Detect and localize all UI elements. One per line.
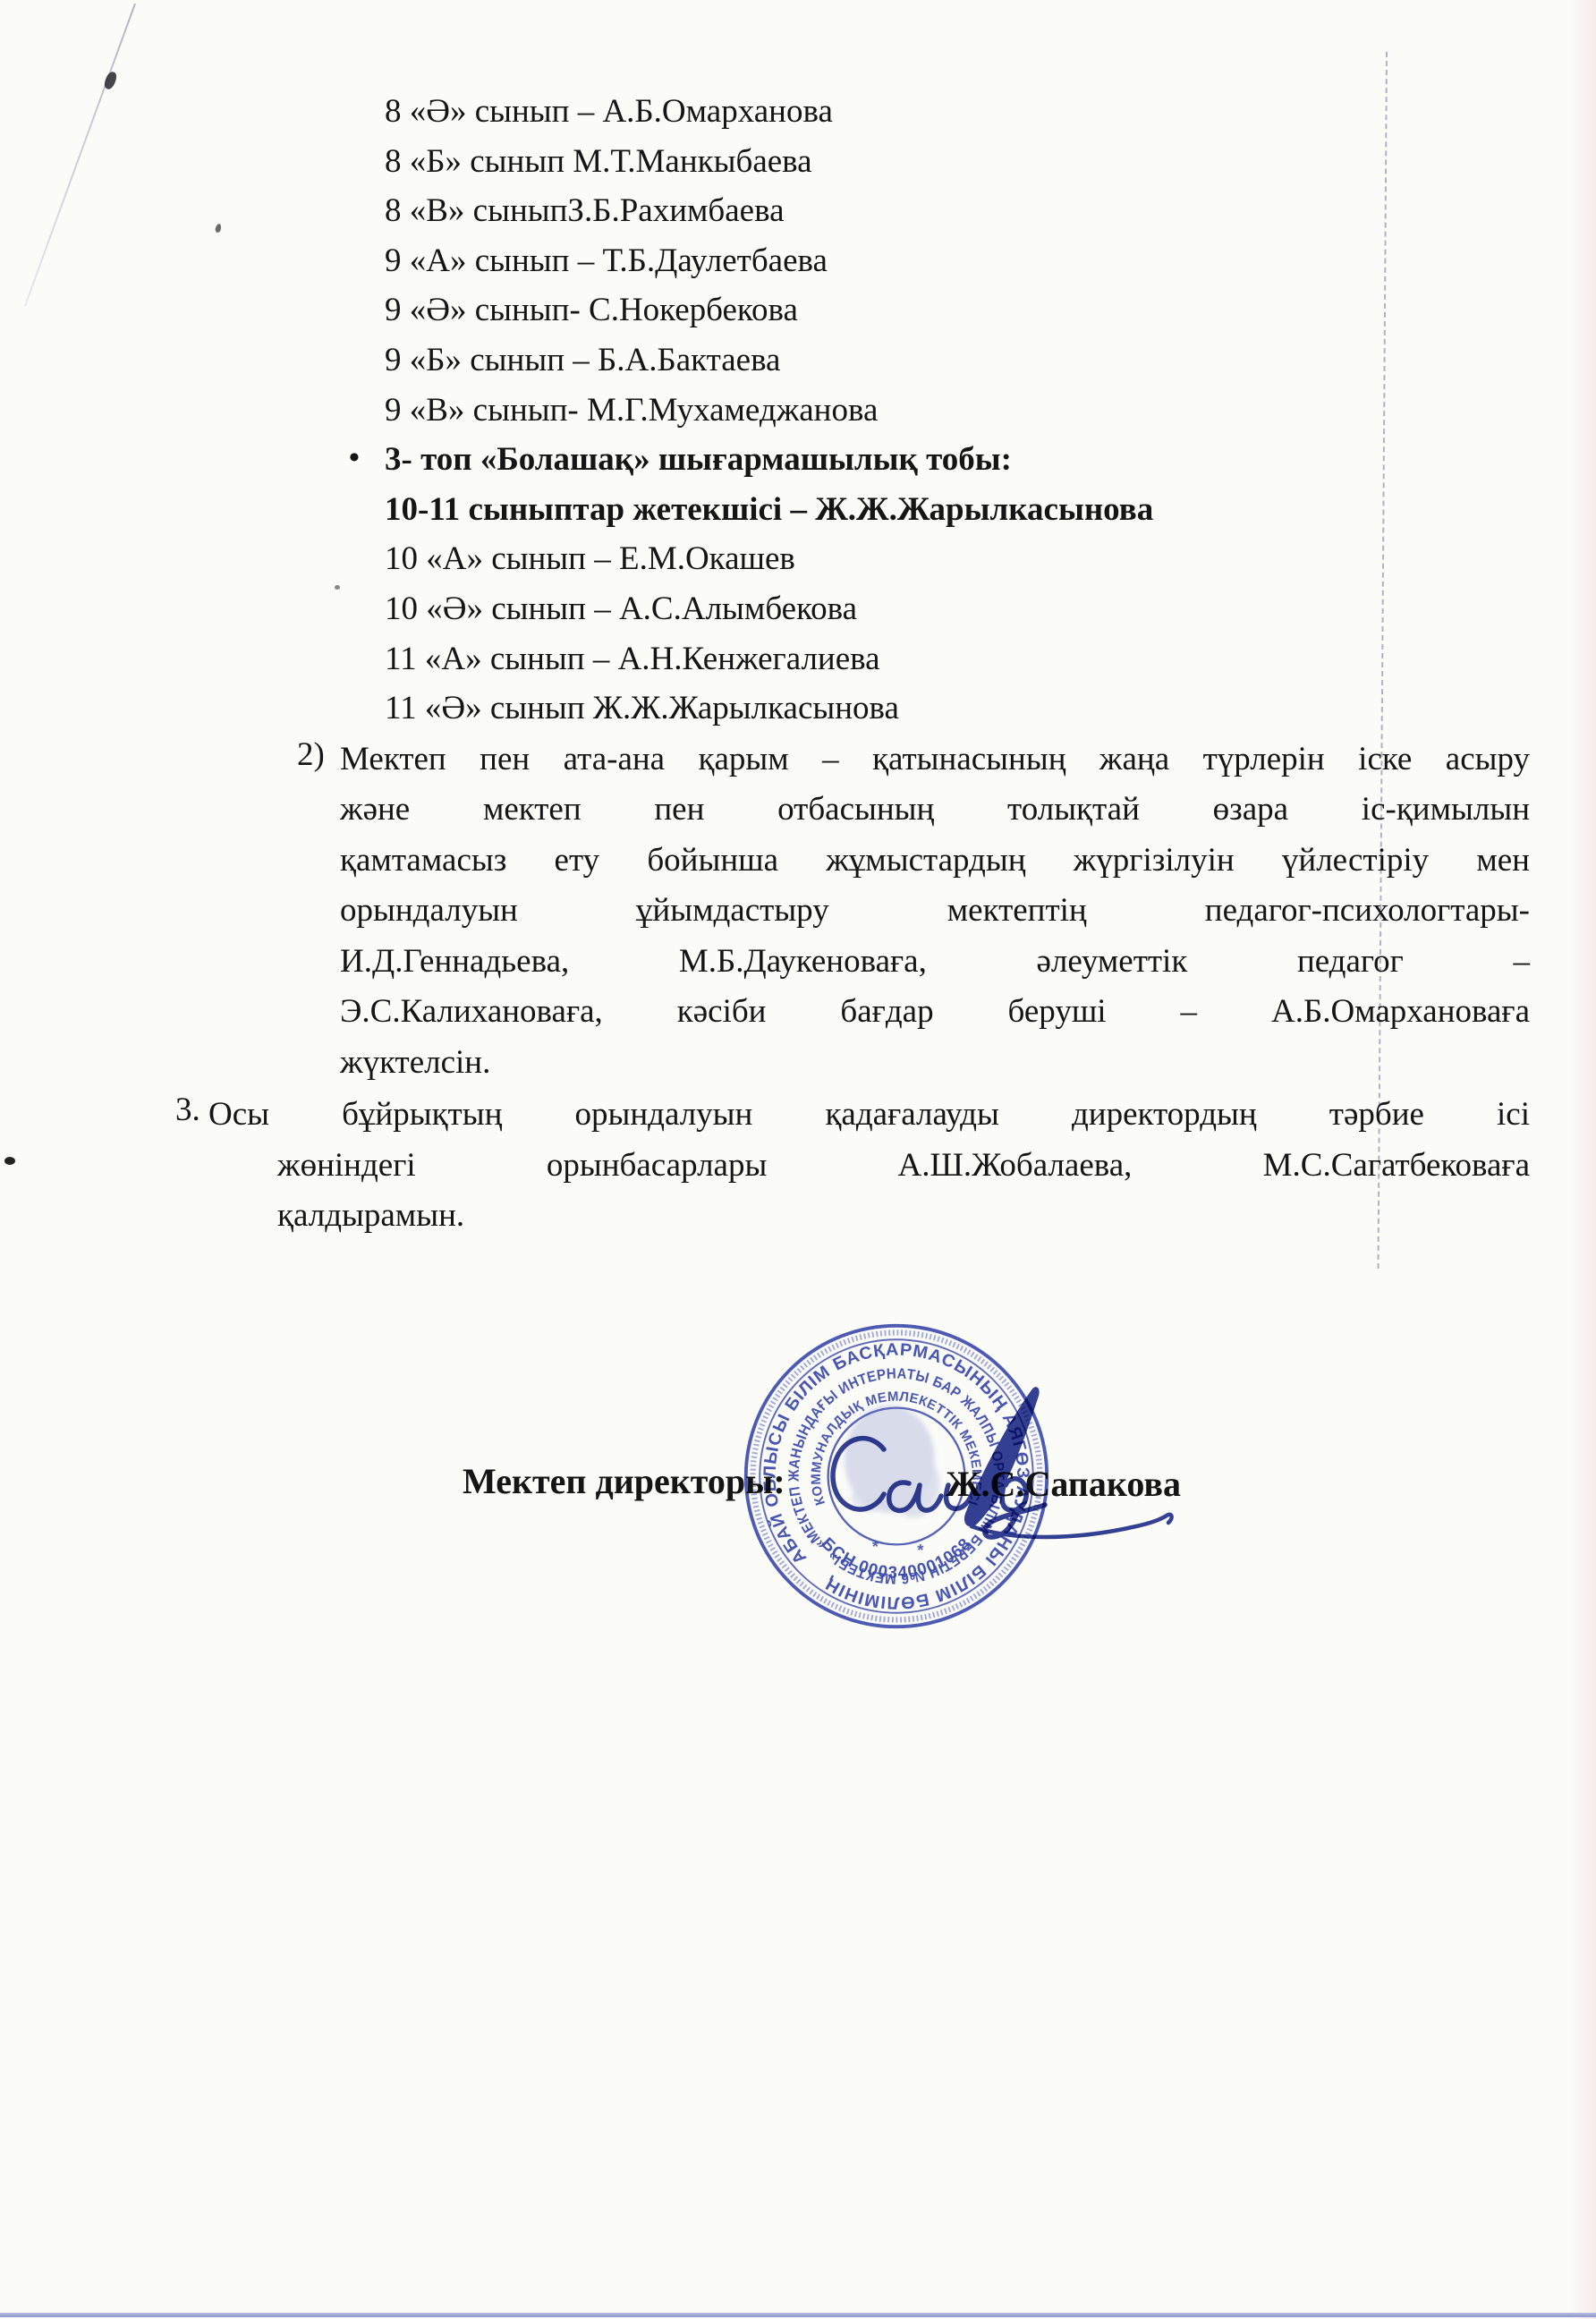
class-list-item: 10-11 сыныптар жетекшісі – Ж.Ж.Жарылкасы… <box>385 485 1596 535</box>
class-list-item-text: 11 «А» сынып – А.Н.Кенжегалиева <box>385 641 880 677</box>
class-list-item: 9 «Б» сынып – Б.А.Бактаева <box>385 336 1596 386</box>
class-list-item: 9 «Ә» сынып- С.Нокербекова <box>385 285 1596 336</box>
class-list-item-text: 9 «Ә» сынып- С.Нокербекова <box>385 292 798 328</box>
class-list-item: 8 «В» сыныпЗ.Б.Рахимбаева <box>385 186 1596 236</box>
class-list-item-text: 10 «Ә» сынып – А.С.Алымбекова <box>385 590 857 627</box>
class-teacher-list: 8 «Ә» сынып – А.Б.Омарханова 8 «Б» сынып… <box>0 87 1596 734</box>
paragraph-line: жүктелсін. <box>340 1038 1530 1089</box>
signature-ink <box>778 1360 1261 1593</box>
paragraph-line: қамтамасыз ету бойынша жұмыстардың жүргі… <box>340 836 1530 887</box>
class-list-item: 10 «А» сынып – Е.М.Окашев <box>385 534 1596 584</box>
class-list-item: 11 «Ә» сынып Ж.Ж.Жарылкасынова <box>385 684 1596 734</box>
class-list-item: 10 «Ә» сынып – А.С.Алымбекова <box>385 584 1596 634</box>
class-list-item: 11 «А» сынып – А.Н.Кенжегалиева <box>385 634 1596 684</box>
class-list-item-text: 8 «Ә» сынып – А.Б.Омарханова <box>385 93 833 130</box>
paragraph-line: қалдырамын. <box>277 1191 1530 1242</box>
class-list-item: 9 «В» сынып- М.Г.Мухамеджанова <box>385 386 1596 436</box>
scanned-document-page: 8 «Ә» сынып – А.Б.Омарханова 8 «Б» сынып… <box>0 0 1596 2319</box>
paragraph-line: Осы бұйрықтың орындалуын қадағалауды дир… <box>208 1090 1530 1141</box>
paragraph-3-lines: Осы бұйрықтың орындалуын қадағалауды дир… <box>277 1090 1530 1242</box>
paragraph-line: И.Д.Геннадьева, М.Б.Даукеноваға, әлеумет… <box>340 937 1530 988</box>
class-list-item-text: 3- топ «Болашақ» шығармашылық тобы: <box>385 441 1012 478</box>
scanner-edge-line <box>0 2313 1596 2317</box>
class-list-item: 8 «Ә» сынып – А.Б.Омарханова <box>385 87 1596 137</box>
paragraph-line: Мектеп пен ата-ана қарым – қатынасының ж… <box>340 735 1530 786</box>
document-body: 8 «Ә» сынып – А.Б.Омарханова 8 «Б» сынып… <box>0 87 1596 1242</box>
class-list-item-text: 9 «А» сынып – Т.Б.Даулетбаева <box>385 242 828 279</box>
class-list-item-text: 10-11 сыныптар жетекшісі – Ж.Ж.Жарылкасы… <box>385 491 1153 528</box>
paragraph-line: Э.С.Калихановаға, кәсіби бағдар беруші –… <box>340 987 1530 1038</box>
class-list-item-text: 11 «Ә» сынып Ж.Ж.Жарылкасынова <box>385 690 899 726</box>
class-list-item: •3- топ «Болашақ» шығармашылық тобы: <box>385 435 1596 485</box>
class-list-item-text: 10 «А» сынып – Е.М.Окашев <box>385 540 795 577</box>
class-list-item: 9 «А» сынып – Т.Б.Даулетбаева <box>385 236 1596 286</box>
paragraph-line: орындалуын ұйымдастыру мектептің педагог… <box>340 886 1530 937</box>
paragraph-2: 2) Мектеп пен ата-ана қарым – қатынасыны… <box>340 735 1530 1089</box>
paragraph-2-marker: 2) <box>297 735 325 774</box>
signature-stroke <box>889 1482 941 1510</box>
class-list-item-text: 9 «В» сынып- М.Г.Мухамеджанова <box>385 392 878 429</box>
class-list-item-text: 8 «В» сыныпЗ.Б.Рахимбаева <box>385 192 785 229</box>
paragraph-line: жөніндегі орынбасарлары А.Ш.Жобалаева, М… <box>277 1141 1530 1192</box>
list-bullet: • <box>349 433 360 483</box>
paragraph-2-lines: Мектеп пен ата-ана қарым – қатынасының ж… <box>340 735 1530 1089</box>
class-list-item: 8 «Б» сынып М.Т.Манкыбаева <box>385 137 1596 187</box>
director-label: Мектеп директоры: <box>463 1460 785 1502</box>
class-list-item-text: 8 «Б» сынып М.Т.Манкыбаева <box>385 143 812 180</box>
class-list-item-text: 9 «Б» сынып – Б.А.Бактаева <box>385 342 780 378</box>
signature-stroke <box>833 1439 884 1509</box>
paragraph-3-marker: 3. <box>175 1091 200 1129</box>
paragraph-line: және мектеп пен отбасының толықтай өзара… <box>340 785 1530 836</box>
paragraph-3: 3. Осы бұйрықтың орындалуын қадағалауды … <box>277 1090 1530 1242</box>
